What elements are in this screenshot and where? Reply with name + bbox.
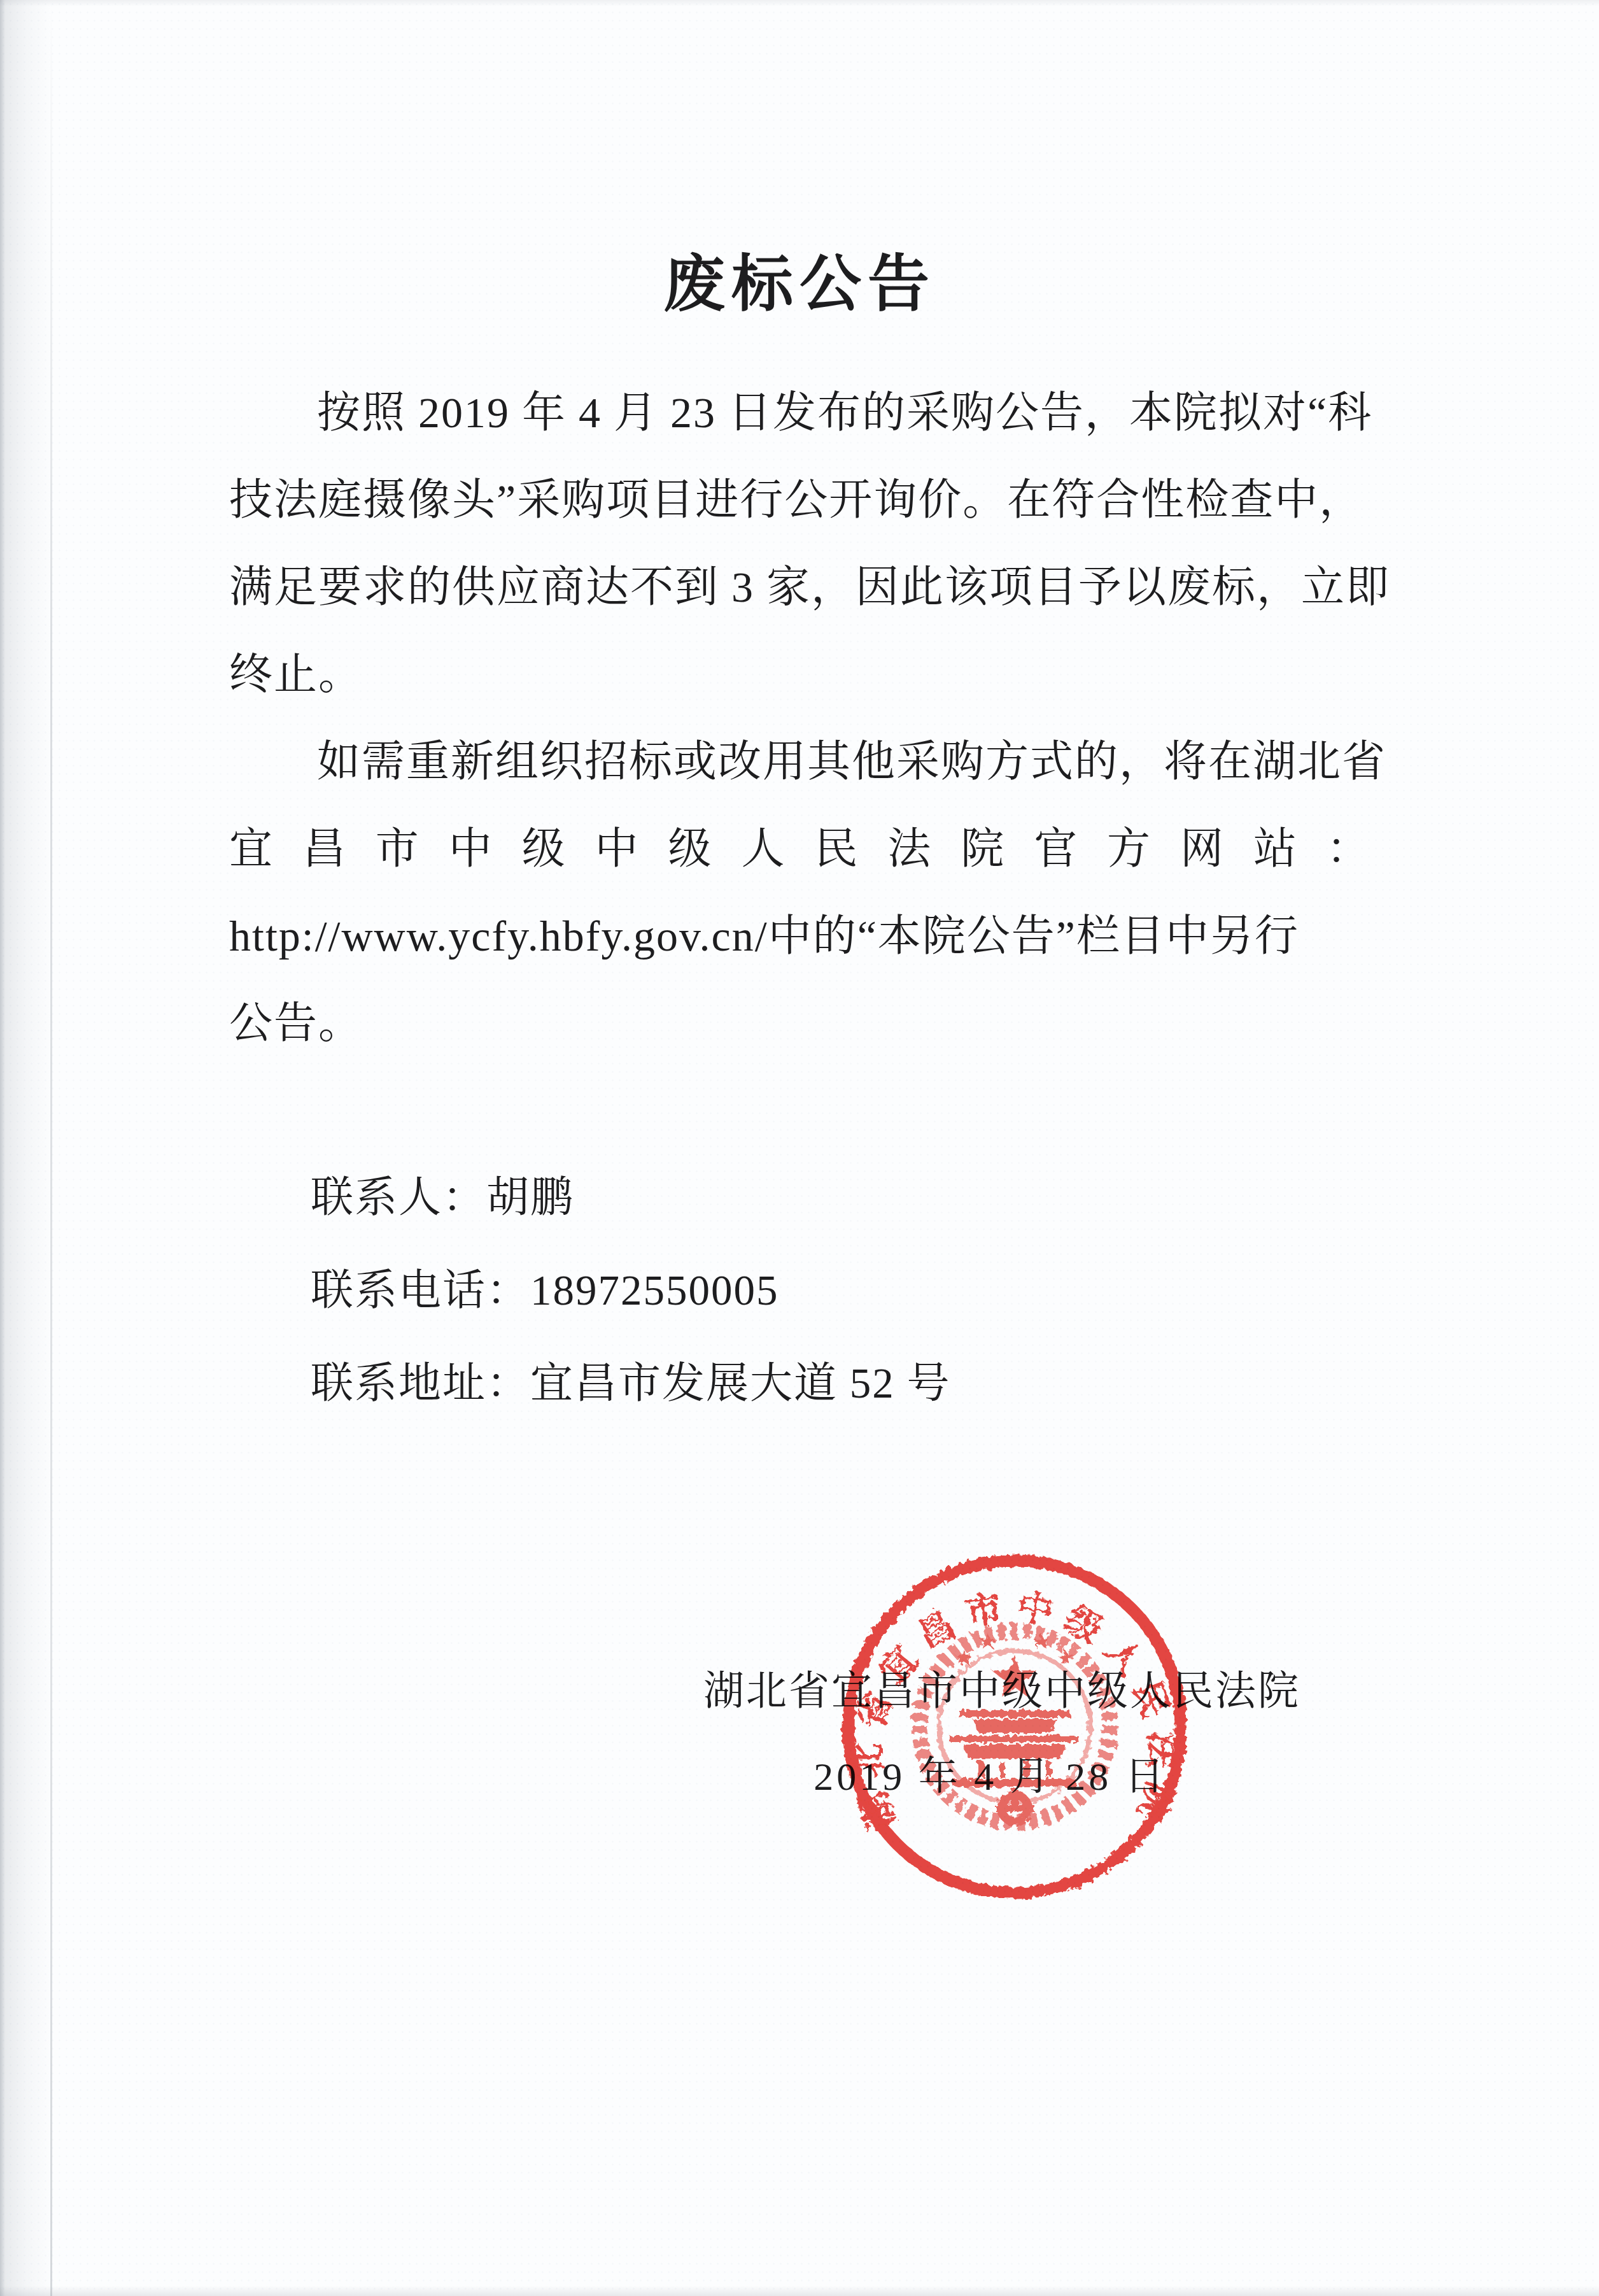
contact-phone: 联系电话：18972550005 <box>311 1244 951 1337</box>
scanned-document-page: 废标公告 按照 2019 年 4 月 23 日发布的采购公告，本院拟对“科 技法… <box>0 0 1599 2296</box>
big-star-icon <box>992 1655 1037 1697</box>
body-line: 按照 2019 年 4 月 23 日发布的采购公告，本院拟对“科 <box>229 369 1370 457</box>
official-court-seal: 湖北省宜昌市中级人民法院 <box>810 1522 1220 1932</box>
contact-info: 联系人：胡鹏 联系电话：18972550005 联系地址：宜昌市发展大道 52 … <box>311 1151 951 1430</box>
scan-crease-line <box>50 0 52 2296</box>
national-emblem-icon <box>919 1631 1110 1822</box>
tiananmen-gate-icon <box>950 1710 1080 1787</box>
gear-icon <box>995 1789 1034 1822</box>
body-line-url: http://www.ycfy.hbfy.gov.cn/中的“本院公告”栏目中另… <box>229 893 1370 980</box>
body-line: 终止。 <box>229 631 1370 718</box>
contact-address: 联系地址：宜昌市发展大道 52 号 <box>311 1337 951 1430</box>
body-line: 公告。 <box>229 980 1370 1067</box>
body-line: 满足要求的供应商达不到 3 家，因此该项目予以废标，立即 <box>229 544 1370 631</box>
seal-graphic: 湖北省宜昌市中级人民法院 <box>810 1522 1220 1932</box>
scan-edge-shading <box>0 0 1599 2296</box>
announcement-body: 按照 2019 年 4 月 23 日发布的采购公告，本院拟对“科 技法庭摄像头”… <box>229 369 1370 1067</box>
body-line: 技法庭摄像头”采购项目进行公开询价。在符合性检查中， <box>229 457 1370 544</box>
body-line: 如需重新组织招标或改用其他采购方式的，将在湖北省 <box>229 718 1370 805</box>
body-line-justified: 宜昌市中级中级人民法院官方网站： <box>229 805 1370 893</box>
contact-person: 联系人：胡鹏 <box>311 1151 951 1244</box>
page-title: 废标公告 <box>0 234 1599 323</box>
